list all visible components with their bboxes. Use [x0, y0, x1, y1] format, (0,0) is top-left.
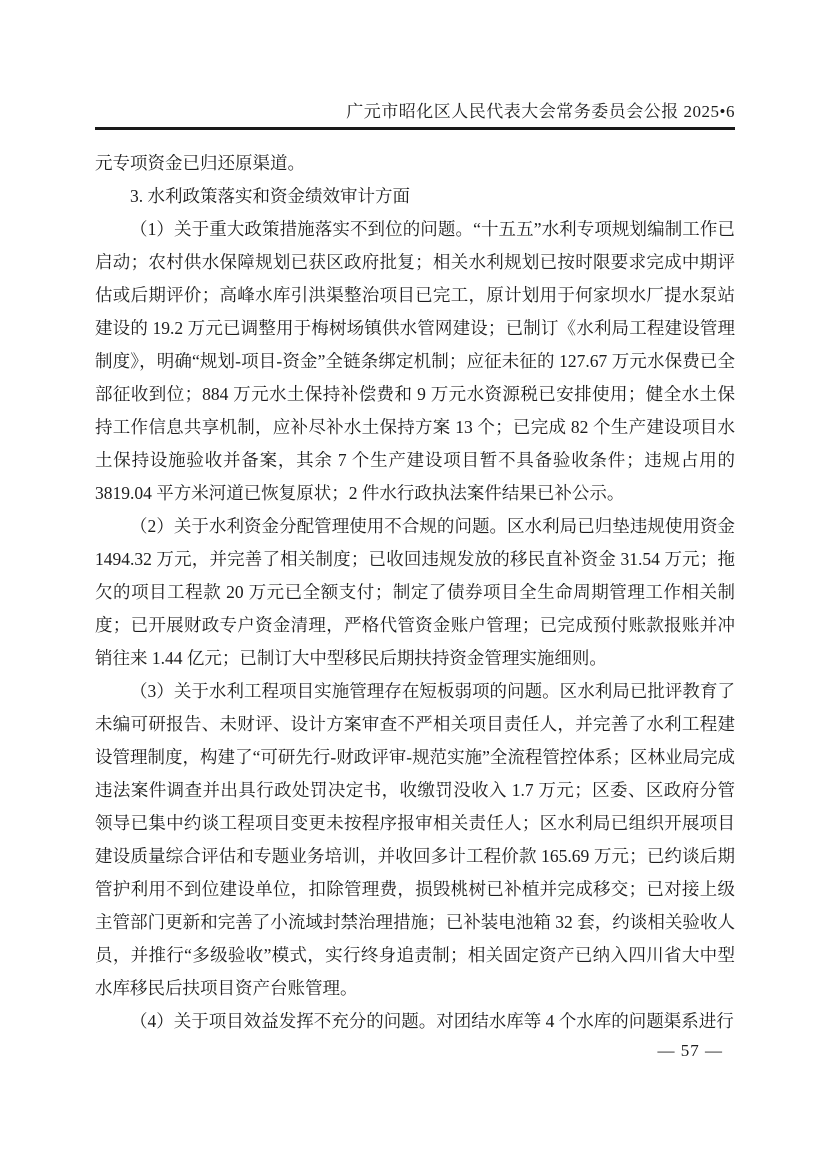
paragraph-continuation: 元专项资金已归还原渠道。: [95, 147, 735, 180]
paragraph-item-2: （2）关于水利资金分配管理使用不合规的问题。区水利局已归垫违规使用资金 1494…: [95, 510, 735, 675]
header-rule-divider: [95, 127, 735, 130]
paragraph-item-1: （1）关于重大政策措施落实不到位的问题。“十五五”水利专项规划编制工作已启动；农…: [95, 213, 735, 510]
paragraph-item-4: （4）关于项目效益发挥不充分的问题。对团结水库等 4 个水库的问题渠系进行: [95, 1005, 735, 1038]
section-heading-3: 3. 水利政策落实和资金绩效审计方面: [95, 180, 735, 213]
paragraph-item-3: （3）关于水利工程项目实施管理存在短板弱项的问题。区水利局已批评教育了未编可研报…: [95, 675, 735, 1005]
page-number: — 57 —: [95, 1041, 723, 1061]
document-body: 元专项资金已归还原渠道。 3. 水利政策落实和资金绩效审计方面 （1）关于重大政…: [95, 147, 735, 1038]
gazette-page: 广元市昭化区人民代表大会常务委员会公报 2025•6 元专项资金已归还原渠道。 …: [0, 0, 827, 1170]
page-header-title: 广元市昭化区人民代表大会常务委员会公报 2025•6: [95, 97, 735, 122]
